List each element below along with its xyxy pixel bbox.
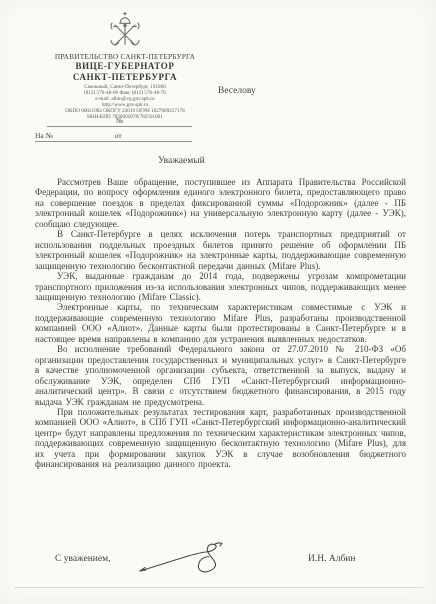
- letterhead: ПРАВИТЕЛЬСТВО САНКТ-ПЕТЕРБУРГА ВИЦЕ-ГУБЕ…: [36, 11, 214, 121]
- paragraph-6: При положительных результатах тестирован…: [35, 407, 406, 470]
- outgoing-number-line: №: [47, 116, 192, 127]
- office-title-line2: САНКТ-ПЕТЕРБУРГА: [36, 72, 214, 83]
- office-title-line1: ВИЦЕ-ГУБЕРНАТОР: [36, 61, 214, 72]
- paragraph-2: В Санкт-Петербурге в целях исключения по…: [35, 229, 406, 271]
- paragraph-3: УЭК, выданные гражданам до 2014 года, по…: [35, 271, 406, 302]
- scan-edge-line: [14, 587, 423, 588]
- reply-label: На №: [35, 131, 53, 140]
- org-name: ПРАВИТЕЛЬСТВО САНКТ-ПЕТЕРБУРГА: [36, 52, 214, 61]
- salutation: Уважаемый: [158, 156, 205, 166]
- paragraph-5: Во исполнение требований Федерального за…: [35, 344, 406, 407]
- number-label: №: [116, 116, 123, 125]
- letter-body: Рассмотрев Ваше обращение, поступившее и…: [35, 177, 406, 470]
- incoming-reference-line: На № от: [35, 131, 192, 142]
- reference-block: № На № от: [35, 116, 192, 142]
- scanned-letter-page: ПРАВИТЕЛЬСТВО САНКТ-ПЕТЕРБУРГА ВИЦЕ-ГУБЕ…: [0, 0, 436, 604]
- date-label: от: [115, 131, 122, 140]
- addressee-name: Веселову: [218, 86, 256, 96]
- closing-regards: С уважением,: [55, 554, 110, 564]
- spb-coat-of-arms-icon: [106, 11, 144, 51]
- paragraph-4: Электронные карты, по техническим характ…: [35, 302, 406, 344]
- signer-name: И.Н. Албин: [308, 554, 355, 564]
- handwritten-signature-icon: [136, 540, 242, 584]
- paragraph-1: Рассмотрев Ваше обращение, поступившее и…: [35, 177, 406, 229]
